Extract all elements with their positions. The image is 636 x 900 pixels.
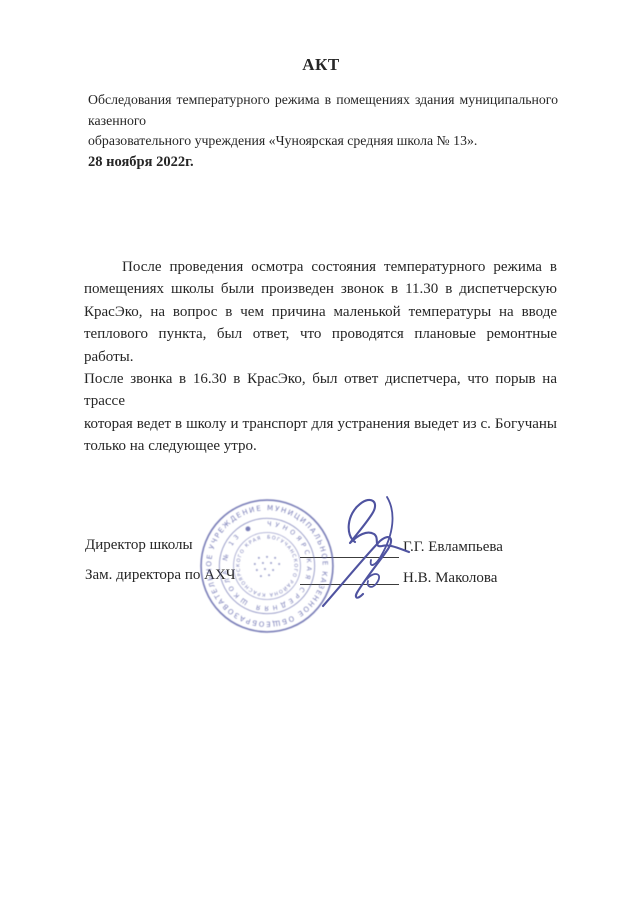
body-line: После звонка в 16.30 в КрасЭко, был отве…: [84, 368, 557, 413]
body-line: теплового пункта, был ответ, что проводя…: [84, 323, 557, 368]
stamp-middle-text: ЧУНОЯРСКАЯ СРЕДНЯЯ ШКОЛА № 13 ●: [221, 520, 313, 612]
document-page: АКТ Обследования температурного режима в…: [0, 0, 636, 900]
signature-stroke-director-tail: [371, 497, 393, 565]
signer-role-director: Директор школы: [85, 537, 193, 554]
signature-stroke-director: [349, 500, 409, 552]
svg-text:БОГУЧАНСКОГО РАЙОНА КРАСНОЯРСК: БОГУЧАНСКОГО РАЙОНА КРАСНОЯРСКОГО КРАЯ: [236, 535, 299, 598]
stamp-center-texture: [254, 556, 280, 577]
stamp-inner-text: БОГУЧАНСКОГО РАЙОНА КРАСНОЯРСКОГО КРАЯ: [236, 535, 299, 598]
signature-stroke-deputy-loop: [367, 574, 379, 587]
document-body: После проведения осмотра состояния темпе…: [84, 256, 557, 458]
body-line: помещениях школы были произведен звонок …: [84, 278, 557, 300]
document-date: 28 ноября 2022г.: [88, 152, 558, 173]
stamp-inner-border: [234, 533, 301, 600]
document-intro: Обследования температурного режима в пом…: [88, 90, 558, 172]
intro-line: Обследования температурного режима в пом…: [88, 90, 558, 131]
body-line: После проведения осмотра состояния темпе…: [84, 256, 557, 278]
svg-text:ЧУНОЯРСКАЯ СРЕДНЯЯ ШКОЛА № 13: ЧУНОЯРСКАЯ СРЕДНЯЯ ШКОЛА № 13 ●: [221, 520, 313, 612]
body-line: только на следующее утро.: [84, 435, 557, 457]
intro-line: образовательного учреждения «Чуноярская …: [88, 131, 558, 152]
signature-stroke-deputy: [323, 537, 391, 606]
signature-ink-icon: [310, 490, 430, 620]
document-title: АКТ: [86, 55, 556, 75]
body-line: которая ведет в школу и транспорт для ус…: [84, 413, 557, 435]
body-line: КрасЭко, на вопрос в чем причина маленьк…: [84, 301, 557, 323]
